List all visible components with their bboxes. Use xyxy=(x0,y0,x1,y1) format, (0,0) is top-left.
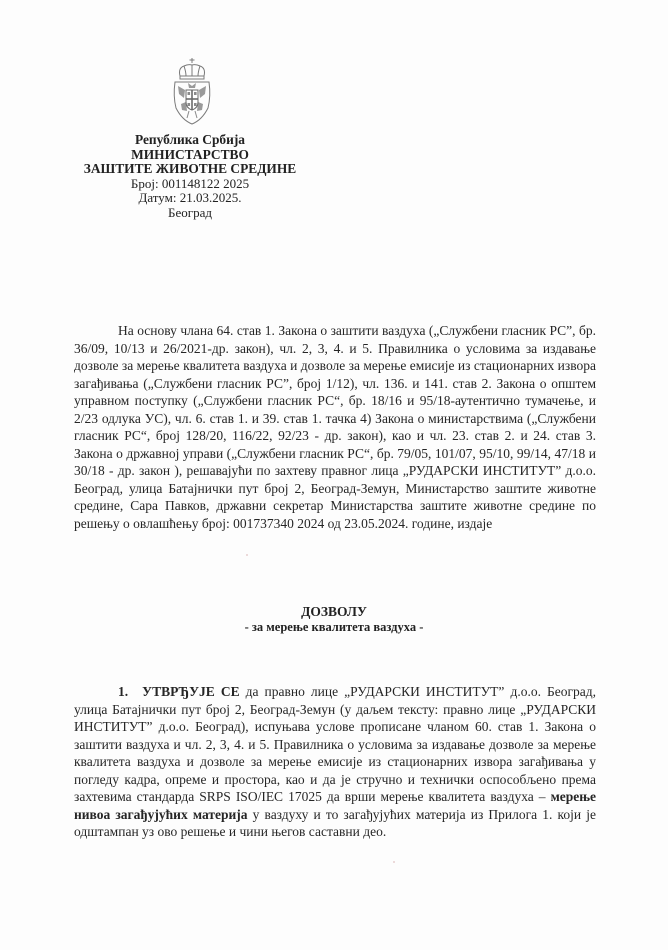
document-title: ДОЗВОЛУ - за мерење квалитета ваздуха - xyxy=(0,604,668,635)
serbian-coat-of-arms-icon xyxy=(168,56,216,126)
document-number: Број: 001148122 2025 xyxy=(70,177,310,192)
item-1-text: 1. УТВРЂУЈЕ СЕ да правно лице „РУДАРСКИ … xyxy=(74,683,596,841)
document-city: Београд xyxy=(70,206,310,221)
scan-artifact xyxy=(393,861,395,863)
item-1-text-part1: да правно лице „РУДАРСКИ ИНСТИТУТ” д.о.о… xyxy=(74,684,596,804)
item-1-number: 1. xyxy=(118,684,128,699)
intro-paragraph: На основу члана 64. став 1. Закона о заш… xyxy=(74,322,596,532)
country-name: Република Србија xyxy=(70,133,310,148)
title-subtitle: - за мерење квалитета ваздуха - xyxy=(0,620,668,635)
item-1-lead: УТВРЂУЈЕ СЕ xyxy=(142,684,239,699)
title-main: ДОЗВОЛУ xyxy=(0,604,668,620)
document-date: Датум: 21.03.2025. xyxy=(70,191,310,206)
ministry-name-line1: МИНИСТАРСТВО xyxy=(70,148,310,163)
document-page: Република Србија МИНИСТАРСТВО ЗАШТИТЕ ЖИ… xyxy=(0,0,668,950)
intro-paragraph-text: На основу члана 64. став 1. Закона о заш… xyxy=(74,322,596,532)
document-header: Република Србија МИНИСТАРСТВО ЗАШТИТЕ ЖИ… xyxy=(70,133,310,221)
scan-artifact xyxy=(246,554,248,556)
ministry-name-line2: ЗАШТИТЕ ЖИВОТНЕ СРЕДИНЕ xyxy=(58,162,322,177)
item-1: 1. УТВРЂУЈЕ СЕ да правно лице „РУДАРСКИ … xyxy=(74,683,596,841)
